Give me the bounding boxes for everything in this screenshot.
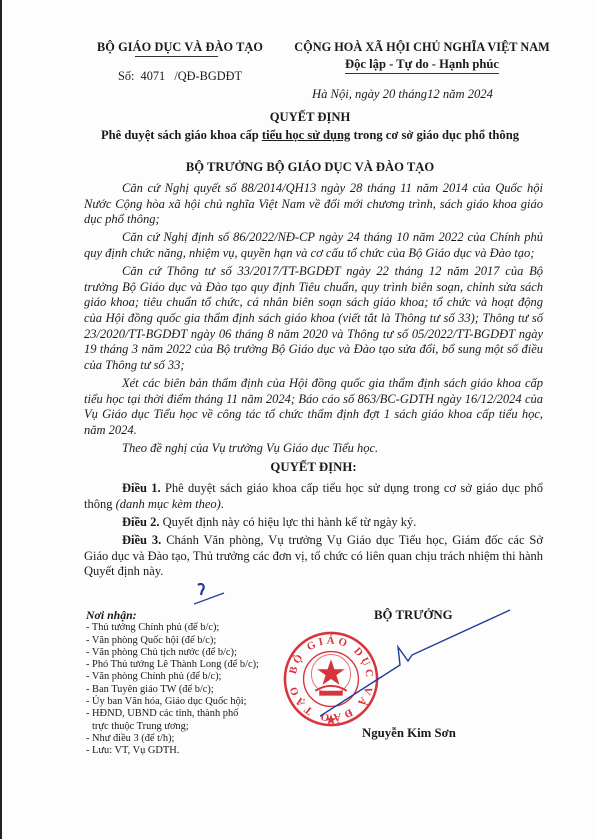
- article-2: Điều 2. Quyết định này có hiệu lực thi h…: [84, 515, 543, 531]
- recipient-item: - Văn phòng Chính phủ (để b/c);: [86, 671, 259, 683]
- national-heading: CỘNG HOÀ XÃ HỘI CHỦ NGHĨA VIỆT NAM Độc l…: [282, 40, 562, 102]
- nation-name: CỘNG HOÀ XÃ HỘI CHỦ NGHĨA VIỆT NAM: [282, 40, 562, 55]
- ministry-underline: [135, 56, 218, 57]
- preamble-paragraph: Căn cứ Thông tư số 33/2017/TT-BGDĐT ngày…: [84, 264, 543, 373]
- recipient-item: - Ủy ban Văn hóa, Giáo dục Quốc hội;: [86, 696, 259, 708]
- article-3: Điều 3. Chánh Văn phòng, Vụ trưởng Vụ Gi…: [84, 533, 543, 580]
- document-body: Căn cứ Nghị quyết số 88/2014/QH13 ngày 2…: [84, 181, 543, 582]
- issuer-block: BỘ GIÁO DỤC VÀ ĐÀO TẠO Số: 4071 /QĐ-BGDĐ…: [90, 40, 270, 84]
- handwritten-signature-icon: [320, 605, 520, 725]
- document-page: BỘ GIÁO DỤC VÀ ĐÀO TẠO Số: 4071 /QĐ-BGDĐ…: [0, 0, 597, 839]
- document-subject: Phê duyệt sách giáo khoa cấp tiểu học sử…: [60, 128, 560, 143]
- preamble-paragraph: Căn cứ Nghị định số 86/2022/NĐ-CP ngày 2…: [84, 230, 543, 261]
- recipient-item: - Như điều 3 (để t/h);: [86, 733, 259, 745]
- document-number: Số: 4071 /QĐ-BGDĐT: [90, 69, 270, 84]
- ministry-name: BỘ GIÁO DỤC VÀ ĐÀO TẠO: [90, 40, 270, 55]
- recipient-item: - Phó Thủ tướng Lê Thành Long (để b/c);: [86, 659, 259, 671]
- article-1: Điều 1. Phê duyệt sách giáo khoa cấp tiể…: [84, 481, 543, 512]
- recipient-item: trực thuộc Trung ương;: [86, 721, 259, 733]
- date-month: 12: [427, 87, 440, 101]
- date-day: 20: [383, 87, 396, 101]
- recipient-item: - HĐND, UBND các tỉnh, thành phố: [86, 708, 259, 720]
- recipients-list: Nơi nhận: - Thủ tướng Chính phủ (để b/c)…: [86, 609, 259, 758]
- recipient-item: - Ban Tuyên giáo TW (để b/c);: [86, 684, 259, 696]
- document-number-value: 4071: [141, 69, 166, 84]
- document-code: /QĐ-BGDĐT: [174, 69, 242, 84]
- preamble-paragraph: Căn cứ Nghị quyết số 88/2014/QH13 ngày 2…: [84, 181, 543, 228]
- preamble-paragraph: Theo đề nghị của Vụ trưởng Vụ Giáo dục T…: [84, 441, 543, 457]
- recipient-item: - Lưu: VT, Vụ GDTH.: [86, 745, 259, 757]
- issue-date: Hà Nội, ngày 20 tháng12 năm 2024: [282, 87, 562, 102]
- preamble-paragraph: Xét các biên bản thẩm định của Hội đồng …: [84, 376, 543, 438]
- recipient-item: - Thủ tướng Chính phủ (để b/c);: [86, 622, 259, 634]
- signer-name: Nguyễn Kim Sơn: [362, 726, 456, 741]
- recipient-item: - Văn phòng Quốc hội (để b/c);: [86, 635, 259, 647]
- recipient-item: - Văn phòng Chủ tịch nước (để b/c);: [86, 647, 259, 659]
- issuing-authority: BỘ TRƯỞNG BỘ GIÁO DỤC VÀ ĐÀO TẠO: [60, 160, 560, 175]
- initial-mark-icon: [194, 583, 234, 605]
- recipients-heading: Nơi nhận:: [86, 609, 259, 621]
- decides-heading: QUYẾT ĐỊNH:: [84, 460, 543, 476]
- national-motto: Độc lập - Tự do - Hạnh phúc: [345, 57, 499, 74]
- document-type: QUYẾT ĐỊNH: [60, 110, 560, 125]
